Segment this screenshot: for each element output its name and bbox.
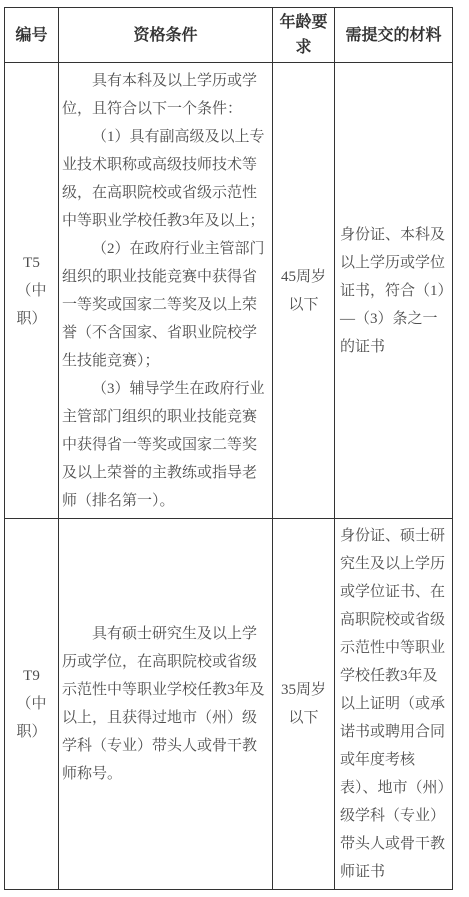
document-page: 编号 资格条件 年龄要求 需提交的材料 T5（中职） 具有本科及以上学历或学位，… [0,0,469,897]
cell-materials: 身份证、硕士研究生及以上学历或学位证书、在高职院校或省级示范性中等职业学校任教3… [335,519,453,890]
header-cell-age-requirement: 年龄要求 [273,8,335,63]
cell-qualification: 具有硕士研究生及以上学历或学位，在高职院校或省级示范性中等职业学校任教3年及以上… [59,519,273,890]
table-row-t5: T5（中职） 具有本科及以上学历或学位，且符合以下一个条件： （1）具有副高级及… [5,63,453,519]
cell-post-id: T5（中职） [5,63,59,519]
header-cell-materials: 需提交的材料 [335,8,453,63]
qualification-paragraph: （2）在政府行业主管部门组织的职业技能竞赛中获得省一等奖或国家二等奖及以上荣誉（… [62,235,270,375]
cell-materials: 身份证、本科及以上学历或学位证书，符合（1）—（3）条之一的证书 [335,63,453,519]
qualification-paragraph: 具有硕士研究生及以上学历或学位，在高职院校或省级示范性中等职业学校任教3年及以上… [62,620,270,788]
qualification-paragraph: 具有本科及以上学历或学位，且符合以下一个条件： [62,67,270,123]
qualification-paragraph: （3）辅导学生在政府行业主管部门组织的职业技能竞赛中获得省一等奖或国家二等奖及以… [62,375,270,515]
cell-age-requirement: 45周岁以下 [273,63,335,519]
cell-post-id: T9（中职） [5,519,59,890]
cell-qualification: 具有本科及以上学历或学位，且符合以下一个条件： （1）具有副高级及以上专业技术职… [59,63,273,519]
table-row-t9: T9（中职） 具有硕士研究生及以上学历或学位，在高职院校或省级示范性中等职业学校… [5,519,453,890]
header-row: 编号 资格条件 年龄要求 需提交的材料 [5,8,453,63]
cell-age-requirement: 35周岁以下 [273,519,335,890]
qualification-paragraph: （1）具有副高级及以上专业技术职称或高级技师技术等级，在高职院校或省级示范性中等… [62,123,270,235]
recruitment-qualification-table: 编号 资格条件 年龄要求 需提交的材料 T5（中职） 具有本科及以上学历或学位，… [4,7,453,890]
header-cell-number: 编号 [5,8,59,63]
header-cell-qualification: 资格条件 [59,8,273,63]
